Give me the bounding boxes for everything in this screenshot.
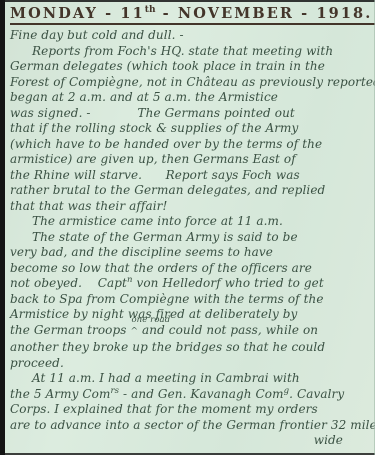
inserted-text: one road: [130, 323, 138, 341]
manuscript-line: German delegates (which took place in tr…: [10, 59, 371, 75]
manuscript-line: wide: [10, 433, 371, 449]
manuscript-line: (which have to be handed over by the ter…: [10, 137, 371, 153]
manuscript-line: rather brutal to the German delegates, a…: [10, 183, 371, 199]
manuscript-line: the Rhine will starve. Report says Foch …: [10, 168, 371, 184]
manuscript-line: Reports from Foch's HQ. state that meeti…: [10, 44, 371, 60]
page-content: MONDAY - 11th - NOVEMBER - 1918. Fine da…: [10, 3, 371, 449]
superscript-text: g: [284, 386, 290, 396]
manuscript-line: very bad, and the discipline seems to ha…: [10, 245, 371, 261]
diary-scan: MONDAY - 11th - NOVEMBER - 1918. Fine da…: [0, 0, 375, 455]
manuscript-line: At 11 a.m. I had a meeting in Cambrai wi…: [10, 371, 371, 387]
manuscript-line: Corps. I explained that for the moment m…: [10, 402, 371, 418]
manuscript-line: are to advance into a sector of the Germ…: [10, 418, 371, 434]
manuscript-line: that if the rolling stock & supplies of …: [10, 121, 371, 137]
page-title: MONDAY - 11th - NOVEMBER - 1918.: [10, 5, 375, 25]
photo-edge-top: [0, 0, 375, 2]
manuscript-line: The armistice came into force at 11 a.m.: [10, 214, 371, 230]
manuscript-line: was signed. - The Germans pointed out: [10, 106, 371, 122]
manuscript-line: the 5 Army Comrs - and Gen. Kavanagh Com…: [10, 387, 371, 403]
manuscript-lines: Fine day but cold and dull. -Reports fro…: [10, 28, 371, 449]
manuscript-line: become so low that the orders of the off…: [10, 261, 371, 277]
superscript-text: rs: [110, 386, 119, 396]
manuscript-line: proceed.: [10, 356, 371, 372]
superscript-text: n: [127, 275, 133, 285]
manuscript-line: began at 2 a.m. and at 5 a.m. the Armist…: [10, 90, 371, 106]
manuscript-line: armistice) are given up, then Germans Ea…: [10, 152, 371, 168]
superscript-text: th: [145, 5, 156, 15]
manuscript-line: another they broke up the bridges so tha…: [10, 340, 371, 356]
photo-edge-left: [0, 0, 5, 455]
manuscript-line: Armistice by night was fired at delibera…: [10, 307, 371, 323]
manuscript-line: that that was their affair!: [10, 199, 371, 215]
manuscript-line: the German troops one road and could not…: [10, 323, 371, 341]
manuscript-line: back to Spa from Compiègne with the term…: [10, 292, 371, 308]
manuscript-line: The state of the German Army is said to …: [10, 230, 371, 246]
diary-page: MONDAY - 11th - NOVEMBER - 1918. Fine da…: [0, 0, 375, 455]
manuscript-line: not obeyed. Captn von Helledorf who trie…: [10, 276, 371, 292]
manuscript-line: Fine day but cold and dull. -: [10, 28, 371, 44]
manuscript-line: Forest of Compiègne, not in Château as p…: [10, 75, 371, 91]
